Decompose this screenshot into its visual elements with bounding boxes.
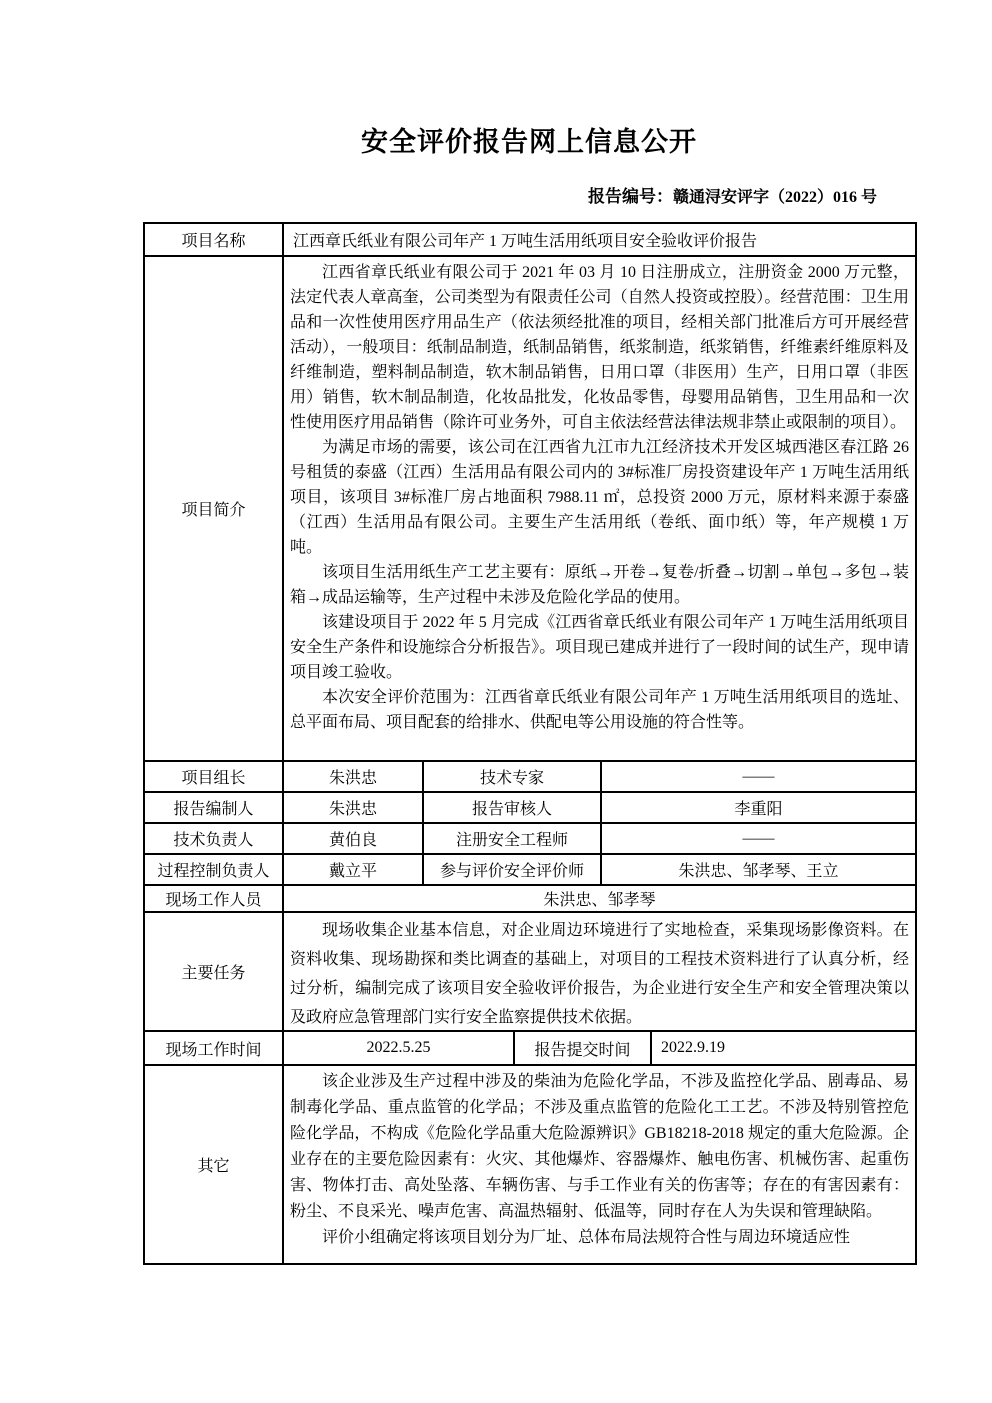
report-number-value: 赣通浔安评字（2022）016 号 [673,189,877,206]
report-number: 报告编号：赣通浔安评字（2022）016 号 [143,184,915,211]
project-intro-text: 江西省章氏纸业有限公司于 2021 年 03 月 10 日注册成立，注册资金 2… [290,260,909,757]
process-controller-name: 戴立平 [283,854,423,885]
submit-time-label: 报告提交时间 [514,1031,651,1065]
row-work-time: 现场工作时间 2022.5.25 报告提交时间 2022.9.19 [144,1031,916,1065]
intro-paragraph: 江西省章氏纸业有限公司于 2021 年 03 月 10 日注册成立，注册资金 2… [290,260,909,435]
row-tech-director: 技术负责人 黄伯良 注册安全工程师 —— [144,823,916,854]
main-tasks-cell: 现场收集企业基本信息，对企业周边环境进行了实地检查，采集现场影像资料。在资料收集… [283,912,916,1031]
project-leader-name: 朱洪忠 [283,761,423,792]
tech-expert-value: —— [601,761,916,792]
other-cell: 该企业涉及生产过程中涉及的柴油为危险化学品，不涉及监控化学品、剧毒品、易制毒化学… [283,1065,916,1264]
intro-paragraph: 为满足市场的需要，该公司在江西省九江市九江经济技术开发区城西港区春江路 26 号… [290,435,909,560]
other-paragraph: 该企业涉及生产过程中涉及的柴油为危险化学品，不涉及监控化学品、剧毒品、易制毒化学… [290,1069,909,1225]
document-page: 安全评价报告网上信息公开 报告编号：赣通浔安评字（2022）016 号 项目名称… [143,0,915,1265]
report-number-label: 报告编号： [588,187,673,206]
info-table: 项目名称 江西章氏纸业有限公司年产 1 万吨生活用纸项目安全验收评价报告 项目简… [143,222,917,1265]
other-label: 其它 [144,1065,283,1264]
work-time-value: 2022.5.25 [283,1031,514,1065]
report-reviewer-value: 李重阳 [601,792,916,823]
row-other: 其它 该企业涉及生产过程中涉及的柴油为危险化学品，不涉及监控化学品、剧毒品、易制… [144,1065,916,1264]
row-process-controller: 过程控制负责人 戴立平 参与评价安全评价师 朱洪忠、邹孝琴、王立 [144,854,916,885]
intro-paragraph: 该项目生活用纸生产工艺主要有：原纸→开卷→复卷/折叠→切割→单包→多包→装箱→成… [290,560,909,610]
page-title: 安全评价报告网上信息公开 [143,122,915,162]
other-paragraph: 评价小组确定将该项目划分为厂址、总体布局法规符合性与周边环境适应性 [290,1225,909,1251]
row-main-tasks: 主要任务 现场收集企业基本信息，对企业周边环境进行了实地检查，采集现场影像资料。… [144,912,916,1031]
intro-paragraph: 本次安全评价范围为：江西省章氏纸业有限公司年产 1 万吨生活用纸项目的选址、总平… [290,685,909,735]
row-project-intro: 项目简介 江西省章氏纸业有限公司于 2021 年 03 月 10 日注册成立，注… [144,256,916,761]
project-name-value: 江西章氏纸业有限公司年产 1 万吨生活用纸项目安全验收评价报告 [283,223,916,256]
registered-engineer-value: —— [601,823,916,854]
field-staff-label: 现场工作人员 [144,885,283,912]
process-controller-label: 过程控制负责人 [144,854,283,885]
project-name-label: 项目名称 [144,223,283,256]
row-report-author: 报告编制人 朱洪忠 报告审核人 李重阳 [144,792,916,823]
main-tasks-text: 现场收集企业基本信息，对企业周边环境进行了实地检查，采集现场影像资料。在资料收集… [290,916,909,1028]
submit-time-value: 2022.9.19 [651,1031,916,1065]
row-project-name: 项目名称 江西章氏纸业有限公司年产 1 万吨生活用纸项目安全验收评价报告 [144,223,916,256]
report-author-name: 朱洪忠 [283,792,423,823]
evaluators-value: 朱洪忠、邹孝琴、王立 [601,854,916,885]
intro-paragraph: 该建设项目于 2022 年 5 月完成《江西省章氏纸业有限公司年产 1 万吨生活… [290,610,909,685]
tech-director-label: 技术负责人 [144,823,283,854]
project-intro-cell: 江西省章氏纸业有限公司于 2021 年 03 月 10 日注册成立，注册资金 2… [283,256,916,761]
tech-director-name: 黄伯良 [283,823,423,854]
work-time-label: 现场工作时间 [144,1031,283,1065]
registered-engineer-label: 注册安全工程师 [423,823,601,854]
report-author-label: 报告编制人 [144,792,283,823]
main-tasks-label: 主要任务 [144,912,283,1031]
evaluators-label: 参与评价安全评价师 [423,854,601,885]
project-leader-label: 项目组长 [144,761,283,792]
project-intro-label: 项目简介 [144,256,283,761]
row-project-leader: 项目组长 朱洪忠 技术专家 —— [144,761,916,792]
row-field-staff: 现场工作人员 朱洪忠、邹孝琴 [144,885,916,912]
report-reviewer-label: 报告审核人 [423,792,601,823]
tech-expert-label: 技术专家 [423,761,601,792]
field-staff-value: 朱洪忠、邹孝琴 [283,885,916,912]
main-tasks-paragraph: 现场收集企业基本信息，对企业周边环境进行了实地检查，采集现场影像资料。在资料收集… [290,916,909,1028]
other-text: 该企业涉及生产过程中涉及的柴油为危险化学品，不涉及监控化学品、剧毒品、易制毒化学… [290,1069,909,1261]
